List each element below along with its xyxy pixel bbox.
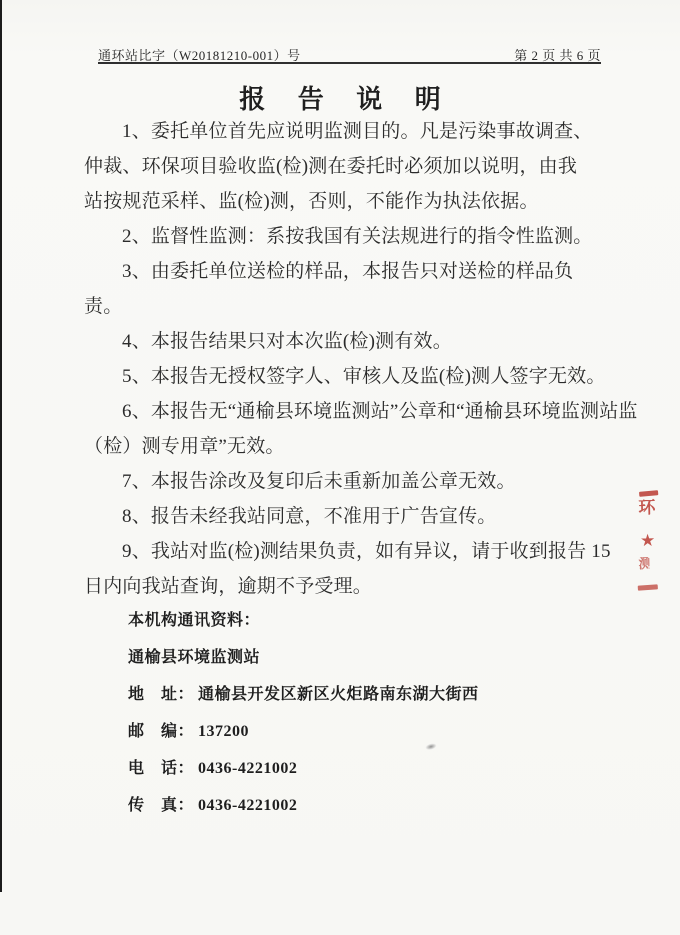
body-line: 仲裁、环保项目验收监(检)测在委托时必须加以说明，由我 bbox=[84, 149, 644, 184]
contact-label: 邮 编： bbox=[128, 723, 194, 740]
contact-heading: 本机构通讯资料： bbox=[128, 602, 479, 639]
stamp-border-segment bbox=[638, 584, 658, 590]
page-title: 报 告 说 明 bbox=[0, 79, 680, 116]
contact-org: 通榆县环境监测站 bbox=[128, 639, 479, 676]
body-line: （检）测专用章”无效。 bbox=[84, 429, 644, 464]
contact-section: 本机构通讯资料： 通榆县环境监测站 地 址：通榆县开发区新区火炬路南东湖大街西 … bbox=[128, 602, 479, 824]
report-notes: 1、委托单位首先应说明监测目的。凡是污染事故调查、 仲裁、环保项目验收监(检)测… bbox=[84, 114, 644, 604]
contact-label: 电 话： bbox=[128, 760, 194, 777]
body-line: 1、委托单位首先应说明监测目的。凡是污染事故调查、 bbox=[84, 114, 644, 149]
contact-label: 地 址： bbox=[128, 686, 194, 703]
contact-row-phone: 电 话：0436-4221002 bbox=[128, 750, 479, 787]
star-icon: ★ bbox=[640, 532, 656, 549]
contact-value: 137200 bbox=[198, 723, 249, 740]
header-rule bbox=[98, 62, 601, 64]
body-line: 3、由委托单位送检的样品，本报告只对送检的样品负 bbox=[84, 254, 644, 289]
body-line: 7、本报告涂改及复印后未重新加盖公章无效。 bbox=[84, 464, 644, 499]
stamp-border-segment bbox=[639, 490, 658, 497]
stamp-character: 环 bbox=[638, 499, 655, 516]
contact-row-fax: 传 真：0436-4221002 bbox=[128, 787, 479, 824]
body-line: 6、本报告无“通榆县环境监测站”公章和“通榆县环境监测站监 bbox=[84, 394, 644, 429]
body-line: 5、本报告无授权签字人、审核人及监(检)测人签字无效。 bbox=[84, 359, 644, 394]
contact-value: 0436-4221002 bbox=[198, 760, 297, 777]
contact-row-address: 地 址：通榆县开发区新区火炬路南东湖大街西 bbox=[128, 676, 479, 713]
body-line: 8、报告未经我站同意，不准用于广告宣传。 bbox=[84, 499, 644, 534]
body-line: 4、本报告结果只对本次监(检)测有效。 bbox=[84, 324, 644, 359]
body-line: 2、监督性监测：系按我国有关法规进行的指令性监测。 bbox=[84, 219, 644, 254]
scanned-report-page: 通环站比字（W20181210-001）号 第 2 页 共 6 页 报 告 说 … bbox=[0, 0, 680, 935]
body-line: 站按规范采样、监(检)测，否则，不能作为执法依据。 bbox=[84, 184, 644, 219]
body-line: 9、我站对监(检)测结果负责，如有异议，请于收到报告 15 bbox=[84, 534, 644, 569]
contact-label: 传 真： bbox=[128, 797, 194, 814]
body-line: 日内向我站查询，逾期不予受理。 bbox=[84, 569, 644, 604]
contact-value: 通榆县开发区新区火炬路南东湖大街西 bbox=[198, 686, 479, 703]
stamp-partial-character: 测 bbox=[638, 557, 649, 573]
body-line: 责。 bbox=[84, 289, 644, 324]
scan-edge-artifact bbox=[0, 0, 2, 892]
contact-value: 0436-4221002 bbox=[198, 797, 297, 814]
red-stamp-fragment: 环 ★ 测 bbox=[635, 488, 665, 594]
